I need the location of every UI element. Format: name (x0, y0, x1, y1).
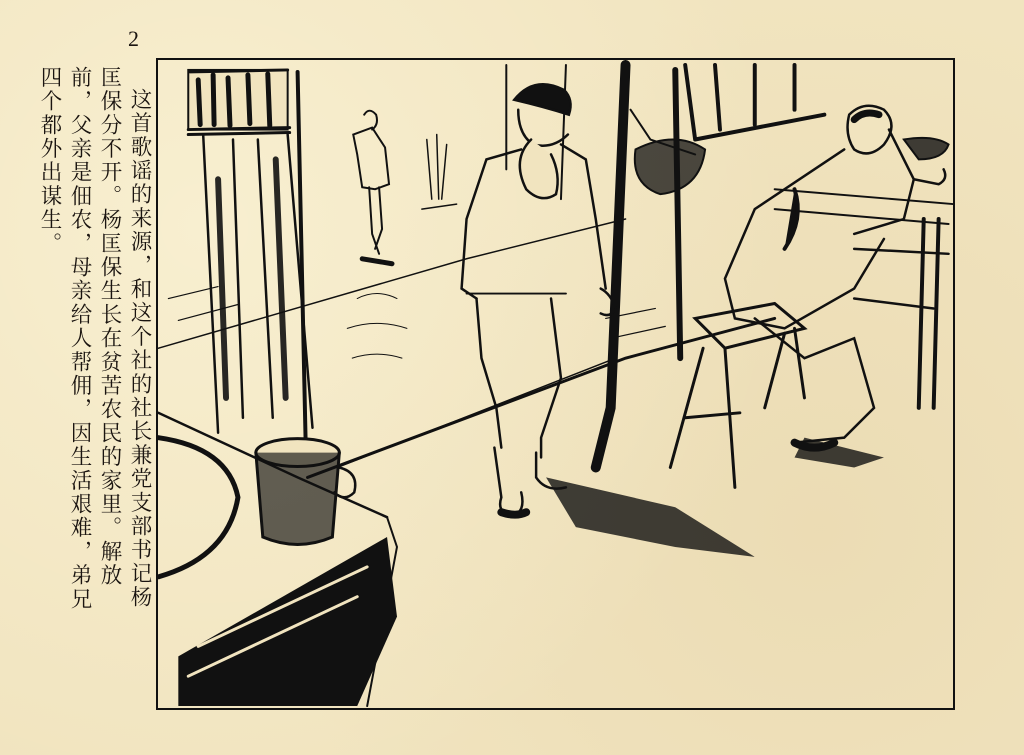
bucket-icon (256, 439, 355, 545)
wooden-post (188, 70, 312, 438)
standing-man (462, 84, 616, 517)
distant-figure (347, 111, 407, 358)
stool (670, 303, 804, 487)
ink-illustration (158, 60, 953, 708)
caption-column-3: 前，父亲是佃农，母亲给人帮佣，因生活艰难，弟兄 (66, 66, 92, 611)
caption-column-2: 匡保分不开。杨匡保生长在贫苦农民的家里。解放 (96, 66, 122, 611)
seated-man (725, 106, 945, 448)
caption-text: 这首歌谣的来源，和这个社的社长兼党支部书记杨 匡保分不开。杨匡保生长在贫苦农民的… (36, 66, 152, 611)
caption-column-1: 这首歌谣的来源，和这个社的社长兼党支部书记杨 (126, 88, 152, 611)
illustration-panel (156, 58, 955, 710)
caption-column-4: 四个都外出谋生。 (36, 66, 62, 611)
page-number: 2 (128, 28, 139, 50)
